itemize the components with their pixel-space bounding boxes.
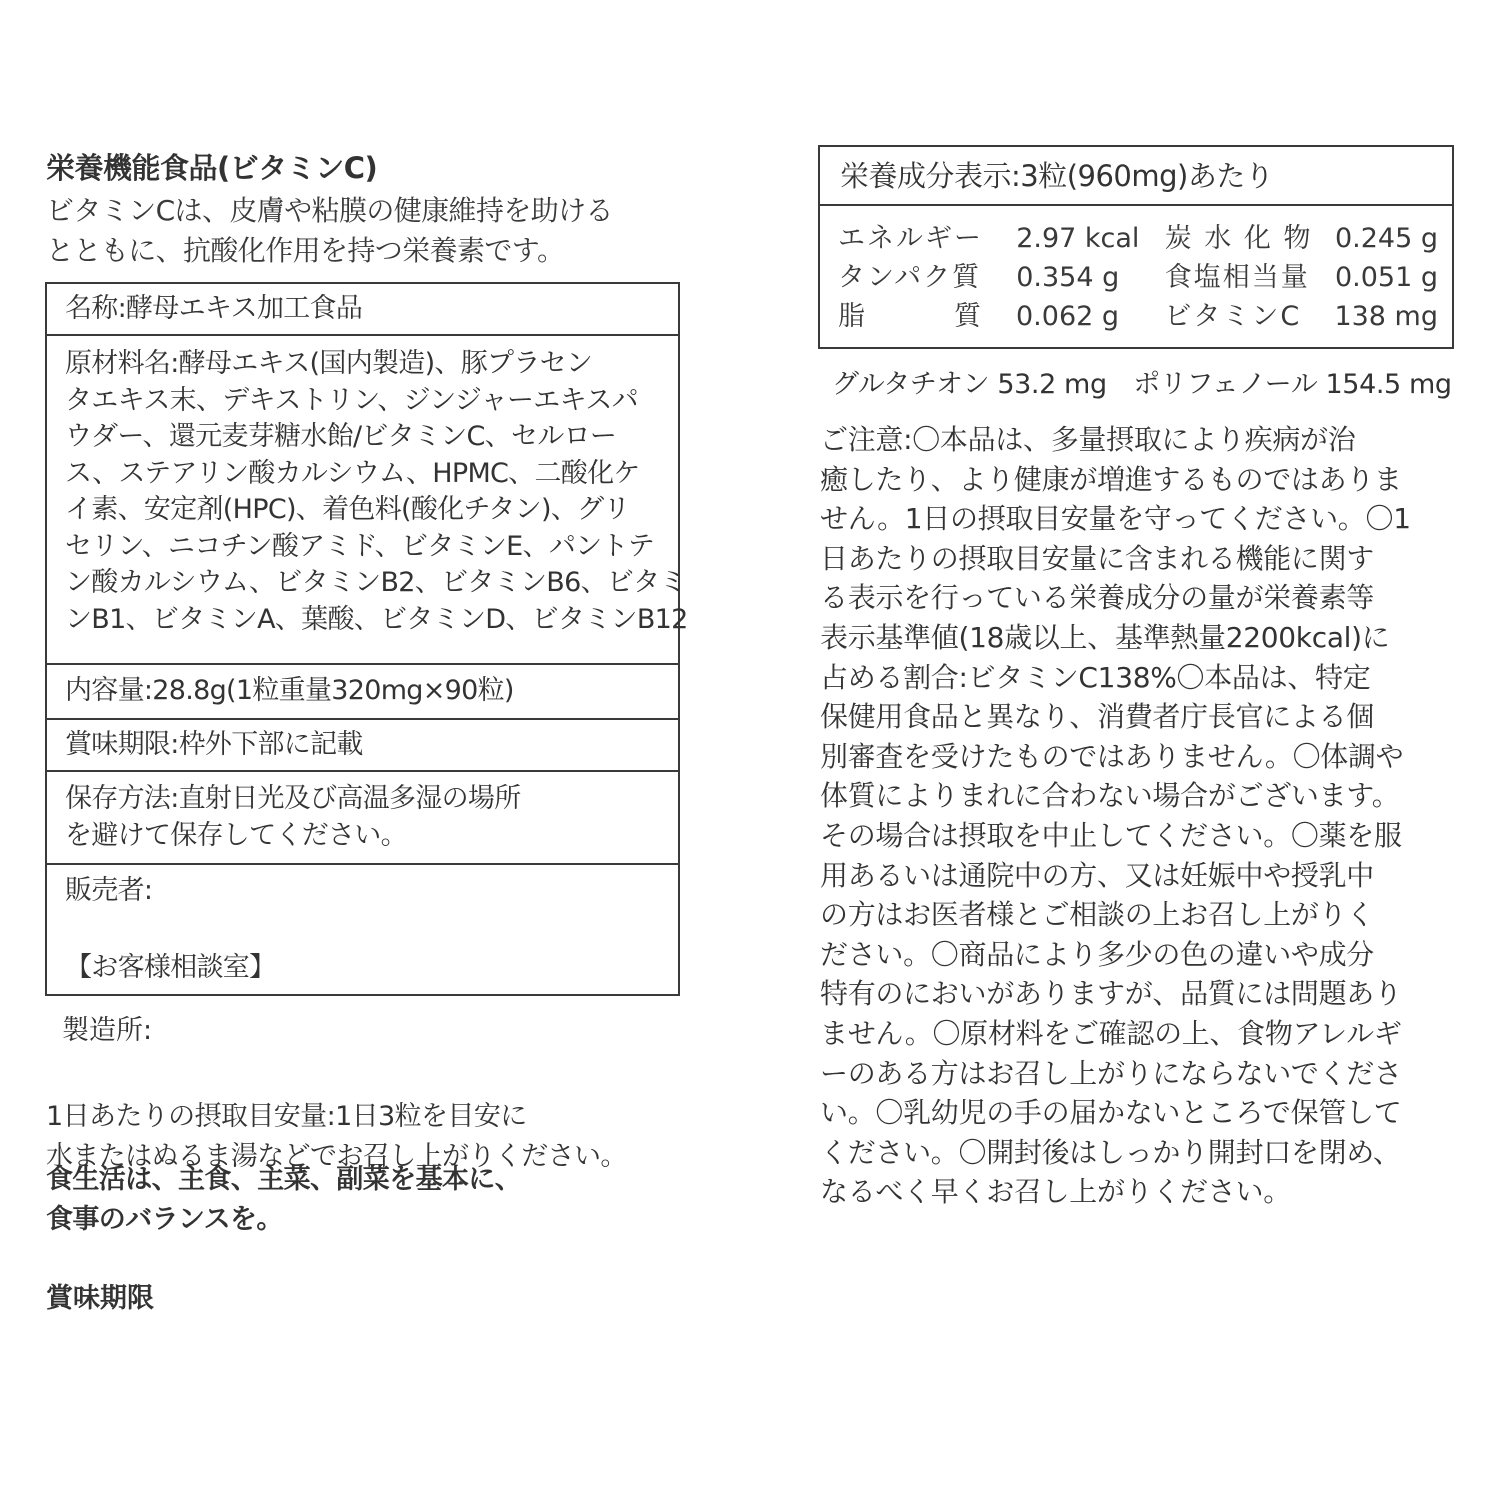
nutrient-value: 2.97 kcal (1016, 219, 1165, 258)
caution-line: る表示を行っている栄養成分の量が栄養素等 (820, 578, 1460, 618)
diet-note-line: 食事のバランスを。 (46, 1200, 521, 1240)
label-seller-row: 販売者: 【お客様相談室】 (47, 865, 678, 994)
caution-line: ださい。〇商品により多少の色の違いや成分 (820, 935, 1460, 975)
nutrient-label: 食塩相当量 (1165, 258, 1335, 297)
label-best-before: 賞味期限:枠外下部に記載 (65, 727, 678, 764)
label-content-row: 内容量:28.8g(1粒重量320mg×90粒) (47, 665, 678, 720)
diet-note: 食生活は、主食、主菜、副菜を基本に、 食事のバランスを。 (46, 1160, 521, 1240)
intro-line: とともに、抗酸化作用を持つ栄養素です。 (46, 231, 686, 271)
ingredients-line: 原材料名:酵母エキス(国内製造)、豚プラセン (65, 346, 678, 383)
nutrition-row: エネルギー 2.97 kcal 炭 水 化 物 0.245 g (838, 219, 1438, 258)
caution-line: 別審査を受けたものではありません。〇体調や (820, 737, 1460, 777)
nutrition-extra: グルタチオン 53.2 mg ポリフェノール 154.5 mg (832, 362, 1452, 401)
label-content: 内容量:28.8g(1粒重量320mg×90粒) (65, 673, 678, 710)
caution-line: ご注意:〇本品は、多量摂取により疾病が治 (820, 420, 1460, 460)
label-best-before-row: 賞味期限:枠外下部に記載 (47, 720, 678, 772)
caution-line: ません。〇原材料をご確認の上、食物アレルギ (820, 1014, 1460, 1054)
label-ingredients-row: 原材料名:酵母エキス(国内製造)、豚プラセン タエキス末、デキストリン、ジンジャ… (47, 336, 678, 665)
nutrient-value: 138 mg (1334, 297, 1438, 336)
ingredients-line: イ素、安定剤(HPC)、着色料(酸化チタン)、グリ (65, 492, 678, 529)
storage-line: を避けて保存してください。 (65, 818, 678, 855)
ingredients-line: ス、ステアリン酸カルシウム、HPMC、二酸化ケ (65, 456, 678, 493)
best-before-heading: 賞味期限 (46, 1276, 154, 1315)
caution-line: 用あるいは通院中の方、又は妊娠中や授乳中 (820, 856, 1460, 896)
nutrient-label: 炭 水 化 物 (1165, 219, 1335, 258)
nutrient-value: 0.245 g (1335, 219, 1438, 258)
product-intro: ビタミンCは、皮膚や粘膜の健康維持を助ける とともに、抗酸化作用を持つ栄養素です… (46, 191, 686, 271)
nutrition-row: タンパク質 0.354 g 食塩相当量 0.051 g (838, 258, 1438, 297)
ingredients-line: ンB1、ビタミンA、葉酸、ビタミンD、ビタミンB12 (65, 602, 678, 639)
caution-line: その場合は摂取を中止してください。〇薬を服 (820, 816, 1460, 856)
nutrition-row: 脂 質 0.062 g ビタミンC 138 mg (838, 297, 1438, 336)
label-name-row: 名称:酵母エキス加工食品 (47, 284, 678, 336)
ingredients-line: ン酸カルシウム、ビタミンB2、ビタミンB6、ビタミ (65, 565, 678, 602)
nutrient-label: 脂 質 (838, 297, 1016, 336)
caution-line: ください。〇開封後はしっかり開封口を閉め、 (820, 1133, 1460, 1173)
manufacturer-label: 製造所: (62, 1008, 152, 1047)
nutrient-label: タンパク質 (838, 258, 1016, 297)
label-customer-support: 【お客様相談室】 (65, 950, 678, 987)
nutrient-label: エネルギー (838, 219, 1016, 258)
storage-line: 保存方法:直射日光及び高温多湿の場所 (65, 781, 678, 818)
caution-line: の方はお医者様とご相談の上お召し上がりく (820, 895, 1460, 935)
nutrient-value: 0.062 g (1016, 297, 1164, 336)
caution-text: ご注意:〇本品は、多量摂取により疾病が治 癒したり、より健康が増進するものではあ… (820, 420, 1460, 1212)
nutrition-heading: 栄養成分表示:3粒(960mg)あたり (820, 147, 1452, 206)
ingredients-line: セリン、ニコチン酸アミド、ビタミンE、パントテ (65, 529, 678, 566)
caution-line: い。〇乳幼児の手の届かないところで保管して (820, 1093, 1460, 1133)
nutrient-value: 0.354 g (1016, 258, 1165, 297)
nutrient-value: 0.051 g (1335, 258, 1438, 297)
daily-intake-line: 1日あたりの摂取目安量:1日3粒を目安に (46, 1097, 627, 1137)
caution-line: 体質によりまれに合わない場合がございます。 (820, 776, 1460, 816)
caution-line: 保健用食品と異なり、消費者庁長官による個 (820, 697, 1460, 737)
ingredients-line: タエキス末、デキストリン、ジンジャーエキスパ (65, 383, 678, 420)
diet-note-line: 食生活は、主食、主菜、副菜を基本に、 (46, 1160, 521, 1200)
label-storage-row: 保存方法:直射日光及び高温多湿の場所 を避けて保存してください。 (47, 772, 678, 865)
label-seller: 販売者: (65, 873, 678, 910)
intro-line: ビタミンCは、皮膚や粘膜の健康維持を助ける (46, 191, 686, 231)
caution-line: 占める割合:ビタミンC138%〇本品は、特定 (820, 658, 1460, 698)
caution-line: 日あたりの摂取目安量に含まれる機能に関す (820, 539, 1460, 579)
caution-line: 特有のにおいがありますが、品質には問題あり (820, 974, 1460, 1014)
nutrition-table: エネルギー 2.97 kcal 炭 水 化 物 0.245 g タンパク質 0.… (838, 219, 1438, 336)
label-name: 名称:酵母エキス加工食品 (65, 291, 678, 328)
label-info-box: 名称:酵母エキス加工食品 原材料名:酵母エキス(国内製造)、豚プラセン タエキス… (45, 282, 680, 996)
caution-line: ーのある方はお召し上がりにならないでくださ (820, 1054, 1460, 1094)
seller-blank (65, 910, 678, 950)
caution-line: なるべく早くお召し上がりください。 (820, 1172, 1460, 1212)
nutrition-facts-box: 栄養成分表示:3粒(960mg)あたり エネルギー 2.97 kcal 炭 水 … (818, 145, 1454, 349)
nutrient-label: ビタミンC (1164, 297, 1334, 336)
ingredients-line: ウダー、還元麦芽糖水飴/ビタミンC、セルロー (65, 419, 678, 456)
caution-line: 癒したり、より健康が増進するものではありま (820, 460, 1460, 500)
caution-line: せん。1日の摂取目安量を守ってください。〇1 (820, 499, 1460, 539)
caution-line: 表示基準値(18歳以上、基準熱量2200kcal)に (820, 618, 1460, 658)
product-title: 栄養機能食品(ビタミンC) (46, 146, 377, 187)
